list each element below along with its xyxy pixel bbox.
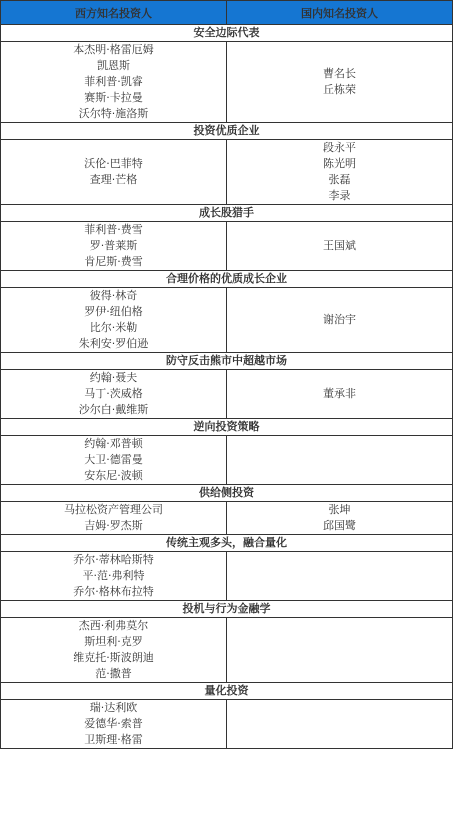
investor-name: 范·撒普 xyxy=(1,666,226,682)
category-title: 合理价格的优质成长企业 xyxy=(1,271,453,288)
domestic-investors-cell: 王国斌 xyxy=(227,222,453,271)
investors-row: 沃伦·巴菲特查理·芒格段永平陈光明张磊李录 xyxy=(1,140,453,205)
investor-name: 大卫·德雷曼 xyxy=(1,452,226,468)
investor-name: 肯尼斯·费雪 xyxy=(1,254,226,270)
investor-name: 卫斯理·格雷 xyxy=(1,732,226,748)
header-domestic: 国内知名投资人 xyxy=(227,1,453,25)
domestic-investors-cell xyxy=(227,436,453,485)
investors-row: 菲利普·费雪罗·普莱斯肯尼斯·费雪王国斌 xyxy=(1,222,453,271)
investor-name: 彼得·林奇 xyxy=(1,288,226,304)
category-title: 逆向投资策略 xyxy=(1,419,453,436)
category-row: 供给侧投资 xyxy=(1,485,453,502)
category-row: 安全边际代表 xyxy=(1,25,453,42)
category-row: 防守反击熊市中超越市场 xyxy=(1,353,453,370)
domestic-investors-cell: 谢治宇 xyxy=(227,288,453,353)
category-row: 投资优质企业 xyxy=(1,123,453,140)
western-investors-cell: 约翰·邓普顿大卫·德雷曼安东尼·波顿 xyxy=(1,436,227,485)
investor-name: 瑞·达利欧 xyxy=(1,700,226,716)
investor-name: 董承非 xyxy=(227,386,452,402)
investor-name: 约翰·邓普顿 xyxy=(1,436,226,452)
investor-name: 乔尔·蒂林哈斯特 xyxy=(1,552,226,568)
investor-name: 吉姆·罗杰斯 xyxy=(1,518,226,534)
investor-name: 杰西·利弗莫尔 xyxy=(1,618,226,634)
investor-name: 沃伦·巴菲特 xyxy=(1,156,226,172)
investor-name: 谢治宇 xyxy=(227,312,452,328)
category-title: 成长股猎手 xyxy=(1,205,453,222)
domestic-investors-cell: 曹名长丘栋荣 xyxy=(227,42,453,123)
investor-name: 乔尔·格林布拉特 xyxy=(1,584,226,600)
category-title: 供给侧投资 xyxy=(1,485,453,502)
investor-name: 赛斯·卡拉曼 xyxy=(1,90,226,106)
category-row: 投机与行为金融学 xyxy=(1,601,453,618)
western-investors-cell: 本杰明·格雷厄姆凯恩斯菲利普·凯睿赛斯·卡拉曼沃尔特·施洛斯 xyxy=(1,42,227,123)
category-title: 传统主观多头，融合量化 xyxy=(1,535,453,552)
investor-name: 马丁·茨威格 xyxy=(1,386,226,402)
domestic-investors-cell xyxy=(227,552,453,601)
investor-name: 罗伊·纽伯格 xyxy=(1,304,226,320)
investors-row: 彼得·林奇罗伊·纽伯格比尔·米勒朱利安·罗伯逊谢治宇 xyxy=(1,288,453,353)
investor-name: 曹名长 xyxy=(227,66,452,82)
investor-name: 爱德华·索普 xyxy=(1,716,226,732)
investors-row: 约翰·邓普顿大卫·德雷曼安东尼·波顿 xyxy=(1,436,453,485)
investor-name: 段永平 xyxy=(227,140,452,156)
category-title: 安全边际代表 xyxy=(1,25,453,42)
investor-name: 罗·普莱斯 xyxy=(1,238,226,254)
category-row: 成长股猎手 xyxy=(1,205,453,222)
investor-name: 凯恩斯 xyxy=(1,58,226,74)
investors-row: 马拉松资产管理公司吉姆·罗杰斯张坤邱国鹭 xyxy=(1,502,453,535)
investors-row: 瑞·达利欧爱德华·索普卫斯理·格雷 xyxy=(1,700,453,749)
western-investors-cell: 杰西·利弗莫尔斯坦利·克罗维克托·斯波朗迪范·撒普 xyxy=(1,618,227,683)
domestic-investors-cell xyxy=(227,618,453,683)
category-title: 防守反击熊市中超越市场 xyxy=(1,353,453,370)
western-investors-cell: 瑞·达利欧爱德华·索普卫斯理·格雷 xyxy=(1,700,227,749)
investor-name: 斯坦利·克罗 xyxy=(1,634,226,650)
investor-name: 菲利普·费雪 xyxy=(1,222,226,238)
western-investors-cell: 马拉松资产管理公司吉姆·罗杰斯 xyxy=(1,502,227,535)
investor-name: 平·范·弗利特 xyxy=(1,568,226,584)
investor-name: 马拉松资产管理公司 xyxy=(1,502,226,518)
western-investors-cell: 约翰·聂夫马丁·茨威格沙尔白·戴维斯 xyxy=(1,370,227,419)
western-investors-cell: 乔尔·蒂林哈斯特平·范·弗利特乔尔·格林布拉特 xyxy=(1,552,227,601)
investors-row: 杰西·利弗莫尔斯坦利·克罗维克托·斯波朗迪范·撒普 xyxy=(1,618,453,683)
category-title: 量化投资 xyxy=(1,683,453,700)
investor-name: 本杰明·格雷厄姆 xyxy=(1,42,226,58)
investor-name: 陈光明 xyxy=(227,156,452,172)
investor-name: 安东尼·波顿 xyxy=(1,468,226,484)
category-title: 投资优质企业 xyxy=(1,123,453,140)
category-row: 量化投资 xyxy=(1,683,453,700)
category-row: 逆向投资策略 xyxy=(1,419,453,436)
investor-name: 邱国鹭 xyxy=(227,518,452,534)
category-row: 传统主观多头，融合量化 xyxy=(1,535,453,552)
header-western: 西方知名投资人 xyxy=(1,1,227,25)
investors-row: 乔尔·蒂林哈斯特平·范·弗利特乔尔·格林布拉特 xyxy=(1,552,453,601)
investors-table: 西方知名投资人 国内知名投资人 安全边际代表本杰明·格雷厄姆凯恩斯菲利普·凯睿赛… xyxy=(0,0,453,749)
table-body: 安全边际代表本杰明·格雷厄姆凯恩斯菲利普·凯睿赛斯·卡拉曼沃尔特·施洛斯曹名长丘… xyxy=(1,25,453,749)
investor-name: 菲利普·凯睿 xyxy=(1,74,226,90)
investor-name: 查理·芒格 xyxy=(1,172,226,188)
investors-row: 约翰·聂夫马丁·茨威格沙尔白·戴维斯董承非 xyxy=(1,370,453,419)
western-investors-cell: 菲利普·费雪罗·普莱斯肯尼斯·费雪 xyxy=(1,222,227,271)
investor-name: 比尔·米勒 xyxy=(1,320,226,336)
investor-name: 张坤 xyxy=(227,502,452,518)
domestic-investors-cell xyxy=(227,700,453,749)
investor-name: 丘栋荣 xyxy=(227,82,452,98)
western-investors-cell: 沃伦·巴菲特查理·芒格 xyxy=(1,140,227,205)
table-header-row: 西方知名投资人 国内知名投资人 xyxy=(1,1,453,25)
investor-name: 沙尔白·戴维斯 xyxy=(1,402,226,418)
investors-row: 本杰明·格雷厄姆凯恩斯菲利普·凯睿赛斯·卡拉曼沃尔特·施洛斯曹名长丘栋荣 xyxy=(1,42,453,123)
investor-name: 约翰·聂夫 xyxy=(1,370,226,386)
western-investors-cell: 彼得·林奇罗伊·纽伯格比尔·米勒朱利安·罗伯逊 xyxy=(1,288,227,353)
domestic-investors-cell: 董承非 xyxy=(227,370,453,419)
category-title: 投机与行为金融学 xyxy=(1,601,453,618)
investor-name: 沃尔特·施洛斯 xyxy=(1,106,226,122)
investor-name: 维克托·斯波朗迪 xyxy=(1,650,226,666)
category-row: 合理价格的优质成长企业 xyxy=(1,271,453,288)
domestic-investors-cell: 张坤邱国鹭 xyxy=(227,502,453,535)
investor-name: 朱利安·罗伯逊 xyxy=(1,336,226,352)
investor-name: 王国斌 xyxy=(227,238,452,254)
investor-name: 李录 xyxy=(227,188,452,204)
domestic-investors-cell: 段永平陈光明张磊李录 xyxy=(227,140,453,205)
investor-name: 张磊 xyxy=(227,172,452,188)
